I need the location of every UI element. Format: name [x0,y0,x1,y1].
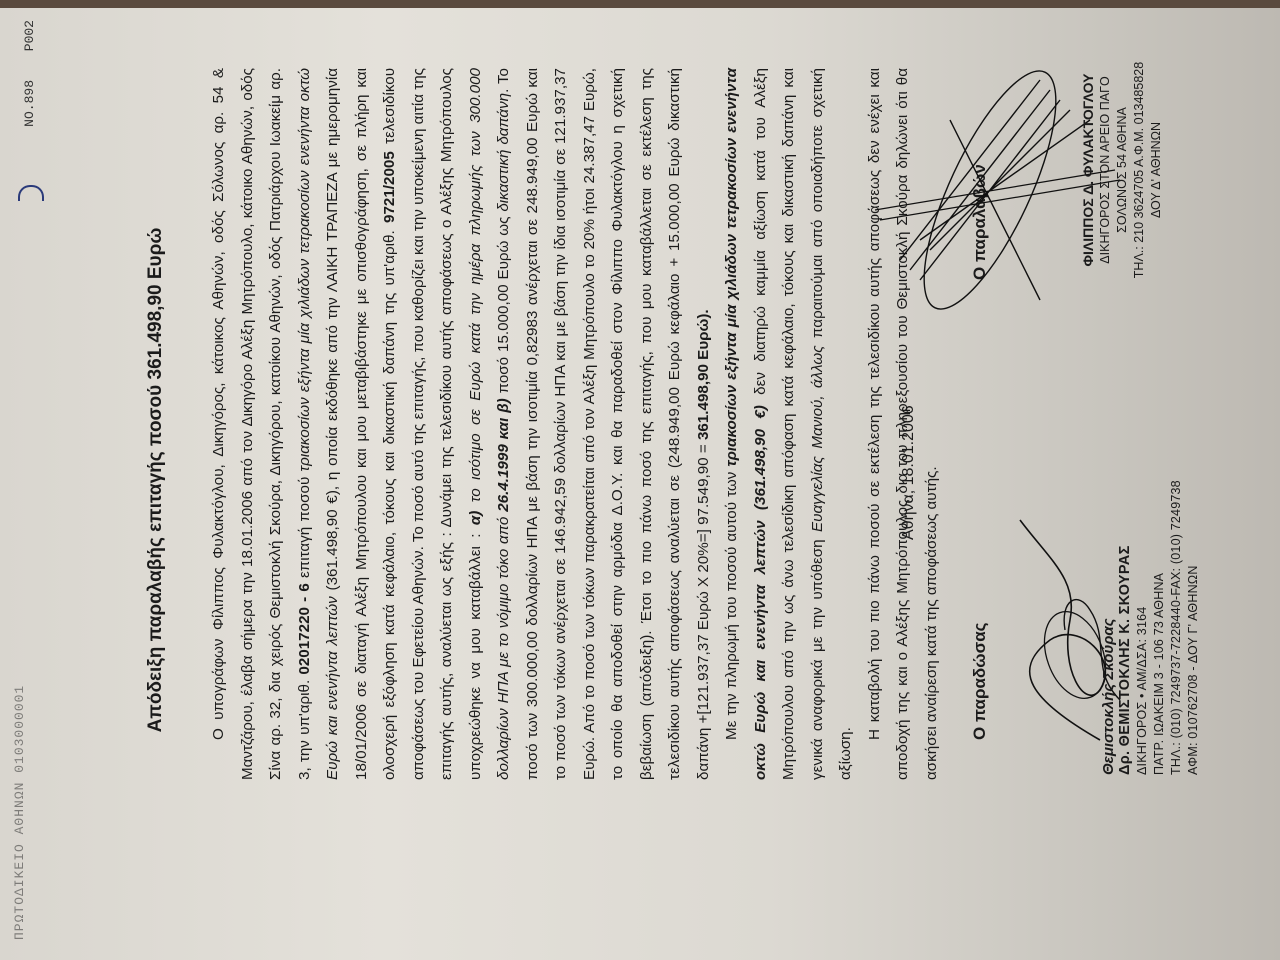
text-segment: δικαστική δαπάνη [495,93,512,212]
stamp-line: ΔΙΚΗΓΟΡΟΣ • ΑΜ/ΔΣΑ: 3164 [1134,475,1151,775]
fax-number: NO.898 [22,80,37,127]
fax-page-number: P002 [22,20,37,51]
lawyer-stamp-fylaktoglou: ΦΙΛΙΠΠΟΣ Δ. ΦΥΛΑΚΤΟΓΛΟΥ ΔΙΚΗΓΟΡΟΣ ΣΤΟΝ Α… [1080,30,1165,310]
text-segment: . Το ποσό των 300.000,00 δολλαρίων ΗΠΑ μ… [495,68,712,780]
stamp-line: ΠΑΤΡ. ΙΩΑΚΕΙΜ 3 - 106 73 ΑΘΗΝΑ [1151,475,1168,775]
stamp-line: ΔΟΥ Δ' ΑΘΗΝΩΝ [1148,30,1165,310]
receiver-label: Ο παραλαβών [970,164,990,280]
lawyer-stamp-skouras: Θεμιστοκλής Σκούρας Δρ. ΘΕΜΙΣΤΟΚΛΗΣ Κ. Σ… [1100,475,1202,775]
stamp-line: ΑΦΜ: 010762708 - ΔΟΥ Γ' ΑΘΗΝΩΝ [1185,475,1202,775]
text-segment: Με την πληρωμή του ποσού αυτού των [723,467,740,740]
text-segment: 02017220 - 6 [296,583,313,674]
stamp-name: ΦΙΛΙΠΠΟΣ Δ. ΦΥΛΑΚΤΟΓΛΟΥ [1080,30,1097,310]
document-title: Απόδειξη παραλαβής επιταγής ποσού 361.49… [145,0,167,960]
stamp-line: ΣΟΛΩΝΟΣ 54 ΑΘΗΝΑ [1114,30,1131,310]
text-segment: ποσό 15.000,00 Ευρώ ως [495,212,512,399]
text-segment: 9721/2005 [381,151,398,223]
place-date: Αθήνα, 18.01.2006 [900,405,918,540]
stamp-line: ΔΙΚΗΓΟΡΟΣ ΣΤΟΝ ΑΡΕΙΟ ΠΑΓΟ [1097,30,1114,310]
text-segment: 361.498,90 Ευρώ). [695,309,712,440]
text-segment: επιταγή ποσού [296,472,313,584]
document-page: ΠΡΩΤΟΔΙΚΕΙΟ ΑΘΗΝΩΝ 0103000001 NO.898 P00… [0,0,1280,960]
stamp-signatory-name: Θεμιστοκλής Σκούρας [1100,475,1117,775]
text-segment: Ευαγγελίας Μανιού, άλλως [809,345,826,532]
body-paragraph: Ο υπογράφων Φίλιππος Φυλακτόγλου, Δικηγό… [205,68,718,780]
stamp-line: ΤΗΛ.: (010) 7249737-7228440-FAX: (010) 7… [1168,475,1185,775]
fax-header: ΠΡΩΤΟΔΙΚΕΙΟ ΑΘΗΝΩΝ 0103000001 NO.898 P00… [0,0,60,960]
text-segment: α) [467,511,484,525]
deliverer-label: Ο παραδώσας [970,623,990,741]
body-paragraph: Με την πληρωμή του ποσού αυτού των τριακ… [718,68,861,780]
document-body: Ο υπογράφων Φίλιππος Φυλακτόγλου, Δικηγό… [205,68,946,780]
stamp-line: ΤΗΛ.: 210 3624705 Α.Φ.Μ. 013485828 [1131,30,1148,310]
text-segment: 26.4.1999 και β) [495,398,512,511]
fax-header-sender: ΠΡΩΤΟΔΙΚΕΙΟ ΑΘΗΝΩΝ 0103000001 [12,685,27,940]
stamp-title: Δρ. ΘΕΜΙΣΤΟΚΛΗΣ Κ. ΣΚΟΥΡΑΣ [1117,475,1134,775]
pen-mark-icon [18,185,44,201]
